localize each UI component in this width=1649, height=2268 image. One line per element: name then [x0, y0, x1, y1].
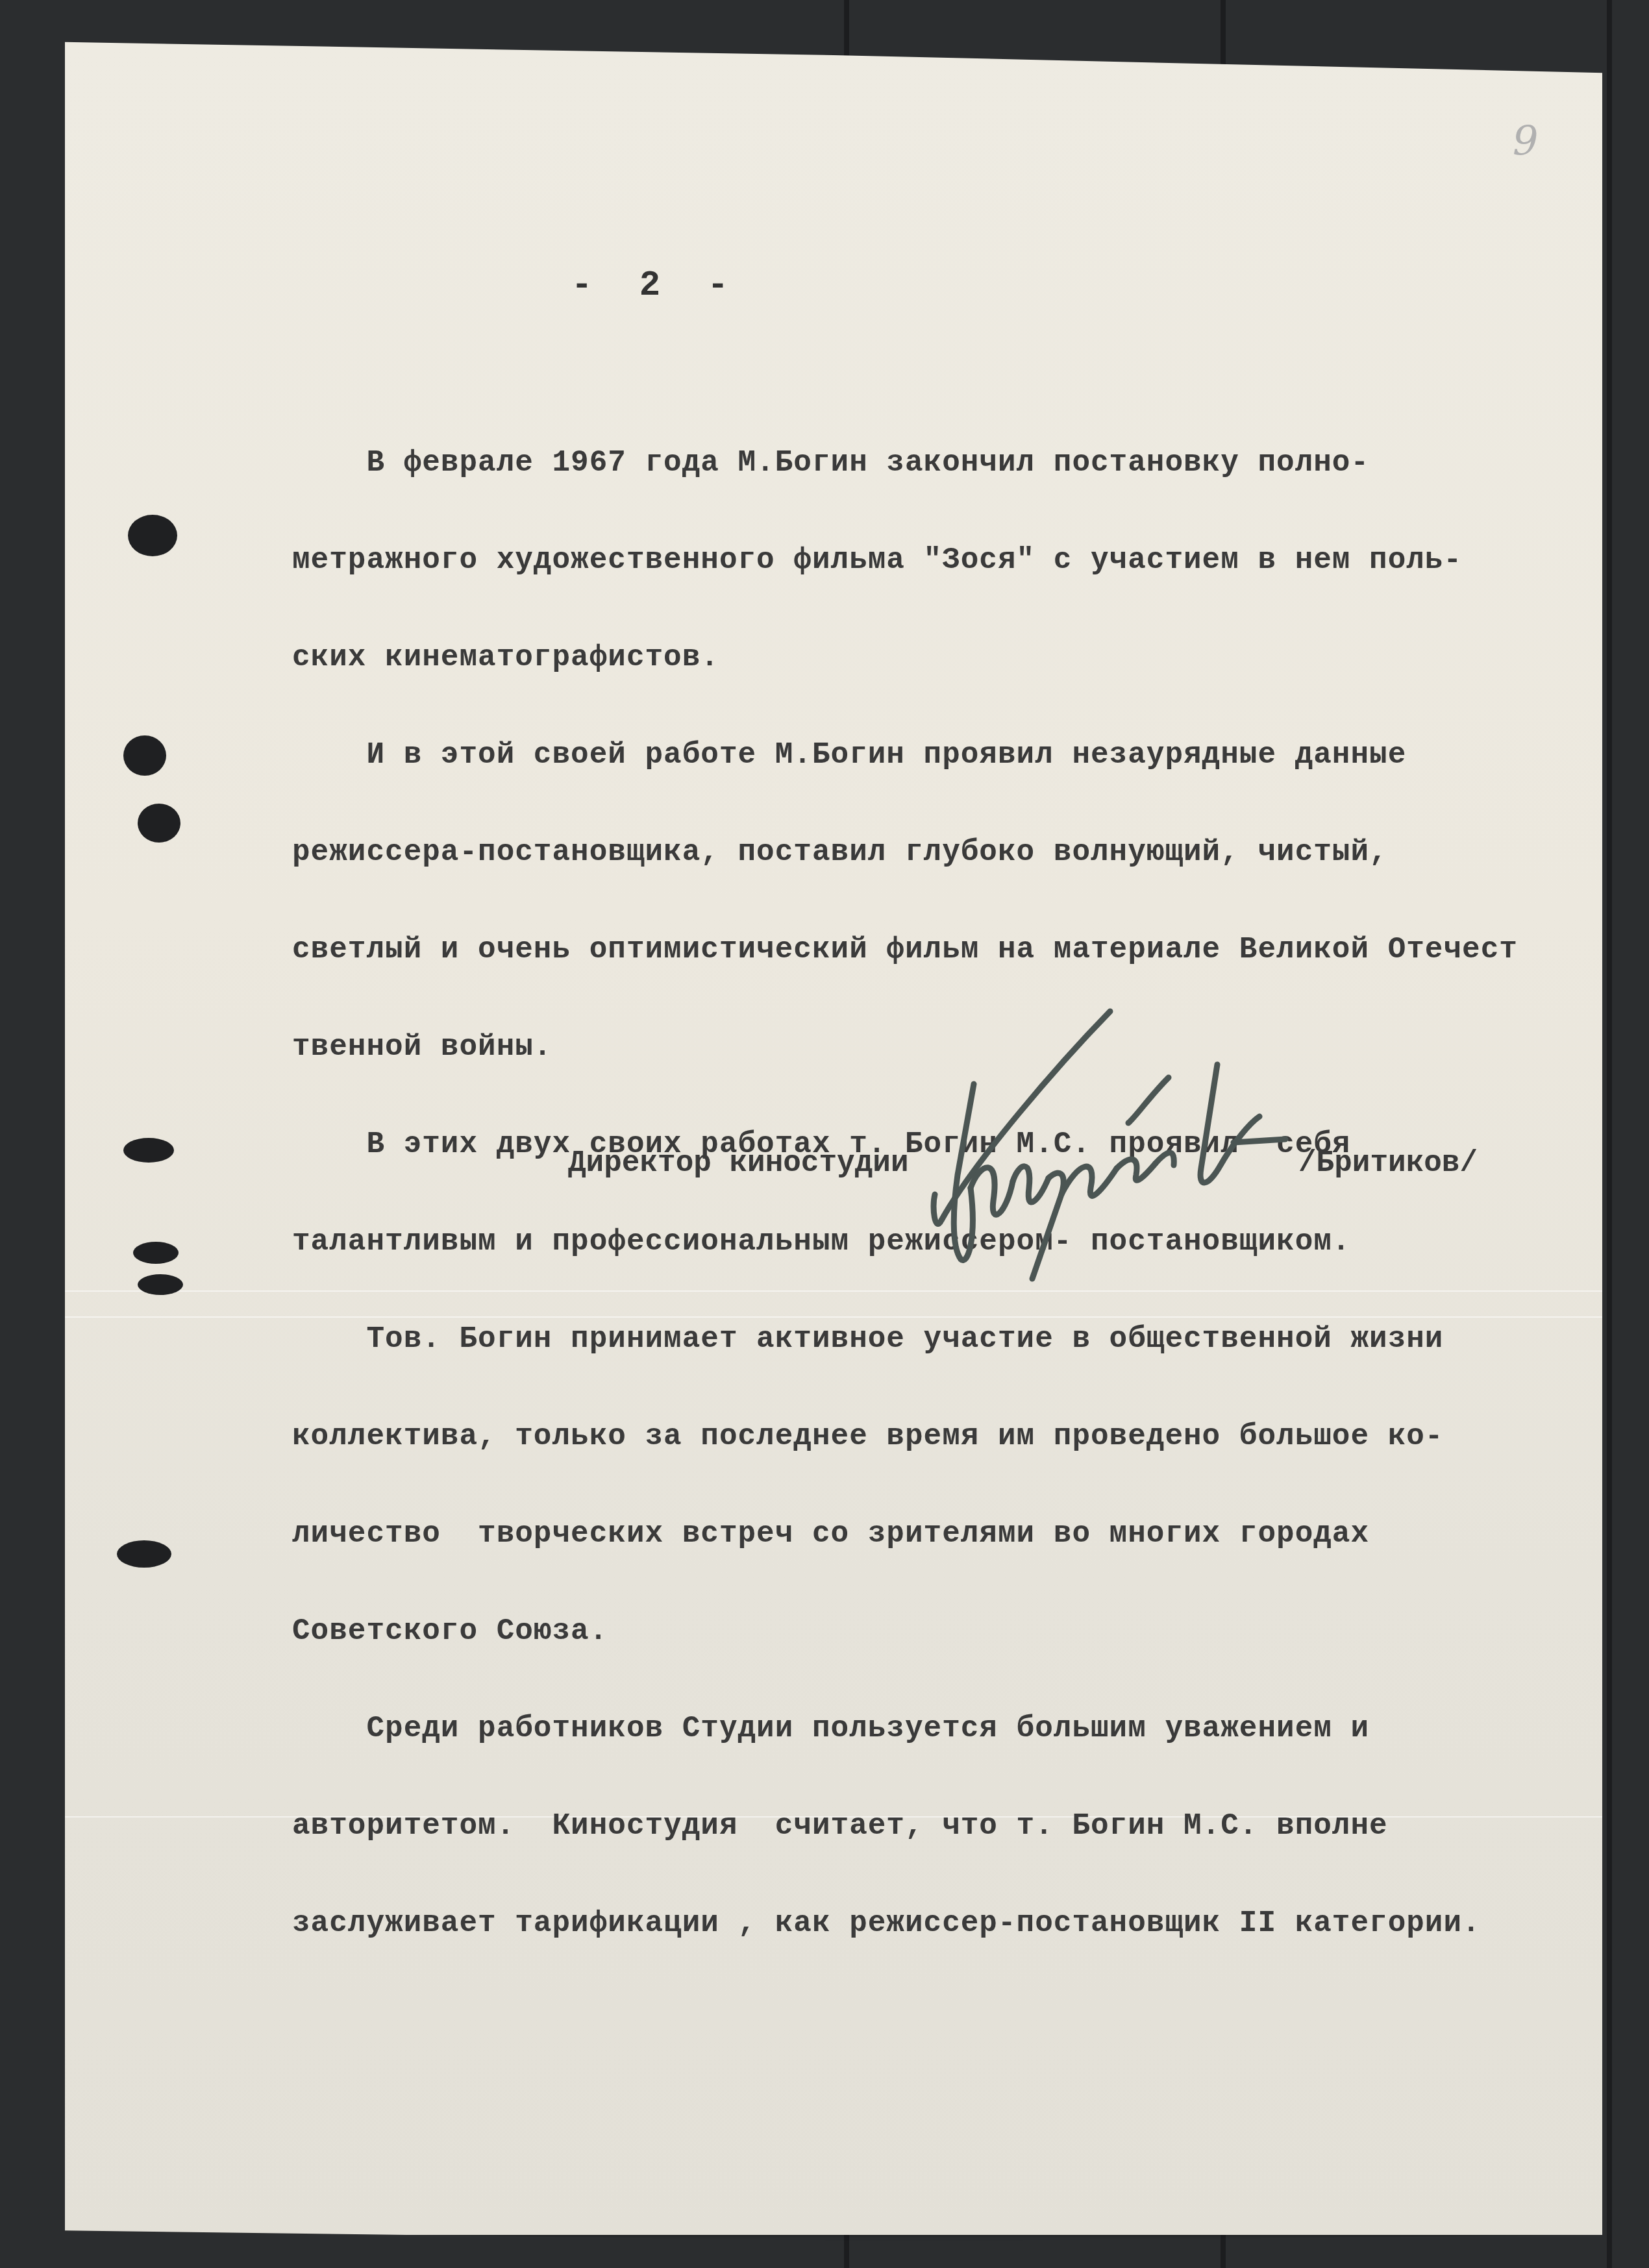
- punch-hole: [138, 804, 180, 843]
- body-line: ских кинематографистов.: [292, 641, 1617, 674]
- punch-hole: [138, 1274, 183, 1295]
- body-line: заслуживает тарификации , как режиссер-п…: [292, 1907, 1617, 1940]
- body-line: личество творческих встреч со зрителями …: [292, 1518, 1617, 1550]
- punch-hole: [123, 1138, 174, 1163]
- handwritten-signature: [896, 993, 1480, 1292]
- signatory-title: Директор киностудии: [568, 1146, 909, 1180]
- body-line: И в этой своей работе М.Богин проявил не…: [292, 739, 1617, 771]
- punch-hole: [133, 1242, 179, 1264]
- archive-folio-number: 9: [1513, 117, 1538, 164]
- punch-hole: [128, 515, 177, 556]
- body-line: метражного художественного фильма "Зося"…: [292, 544, 1617, 576]
- body-line: авторитетом. Киностудия считает, что т. …: [292, 1810, 1617, 1842]
- body-line: коллектива, только за последнее время им…: [292, 1420, 1617, 1453]
- body-line: Тов. Богин принимает активное участие в …: [292, 1323, 1617, 1355]
- body-line: светлый и очень оптимистический фильм на…: [292, 933, 1617, 966]
- body-line: Среди работников Студии пользуется больш…: [292, 1712, 1617, 1745]
- punch-hole: [117, 1540, 171, 1568]
- body-line: В феврале 1967 года М.Богин закончил пос…: [292, 447, 1617, 479]
- body-line: Советского Союза.: [292, 1615, 1617, 1647]
- body-line: режиссера-постановщика, поставил глубоко…: [292, 836, 1617, 869]
- page-number: - 2 -: [571, 266, 741, 306]
- punch-hole: [123, 735, 166, 776]
